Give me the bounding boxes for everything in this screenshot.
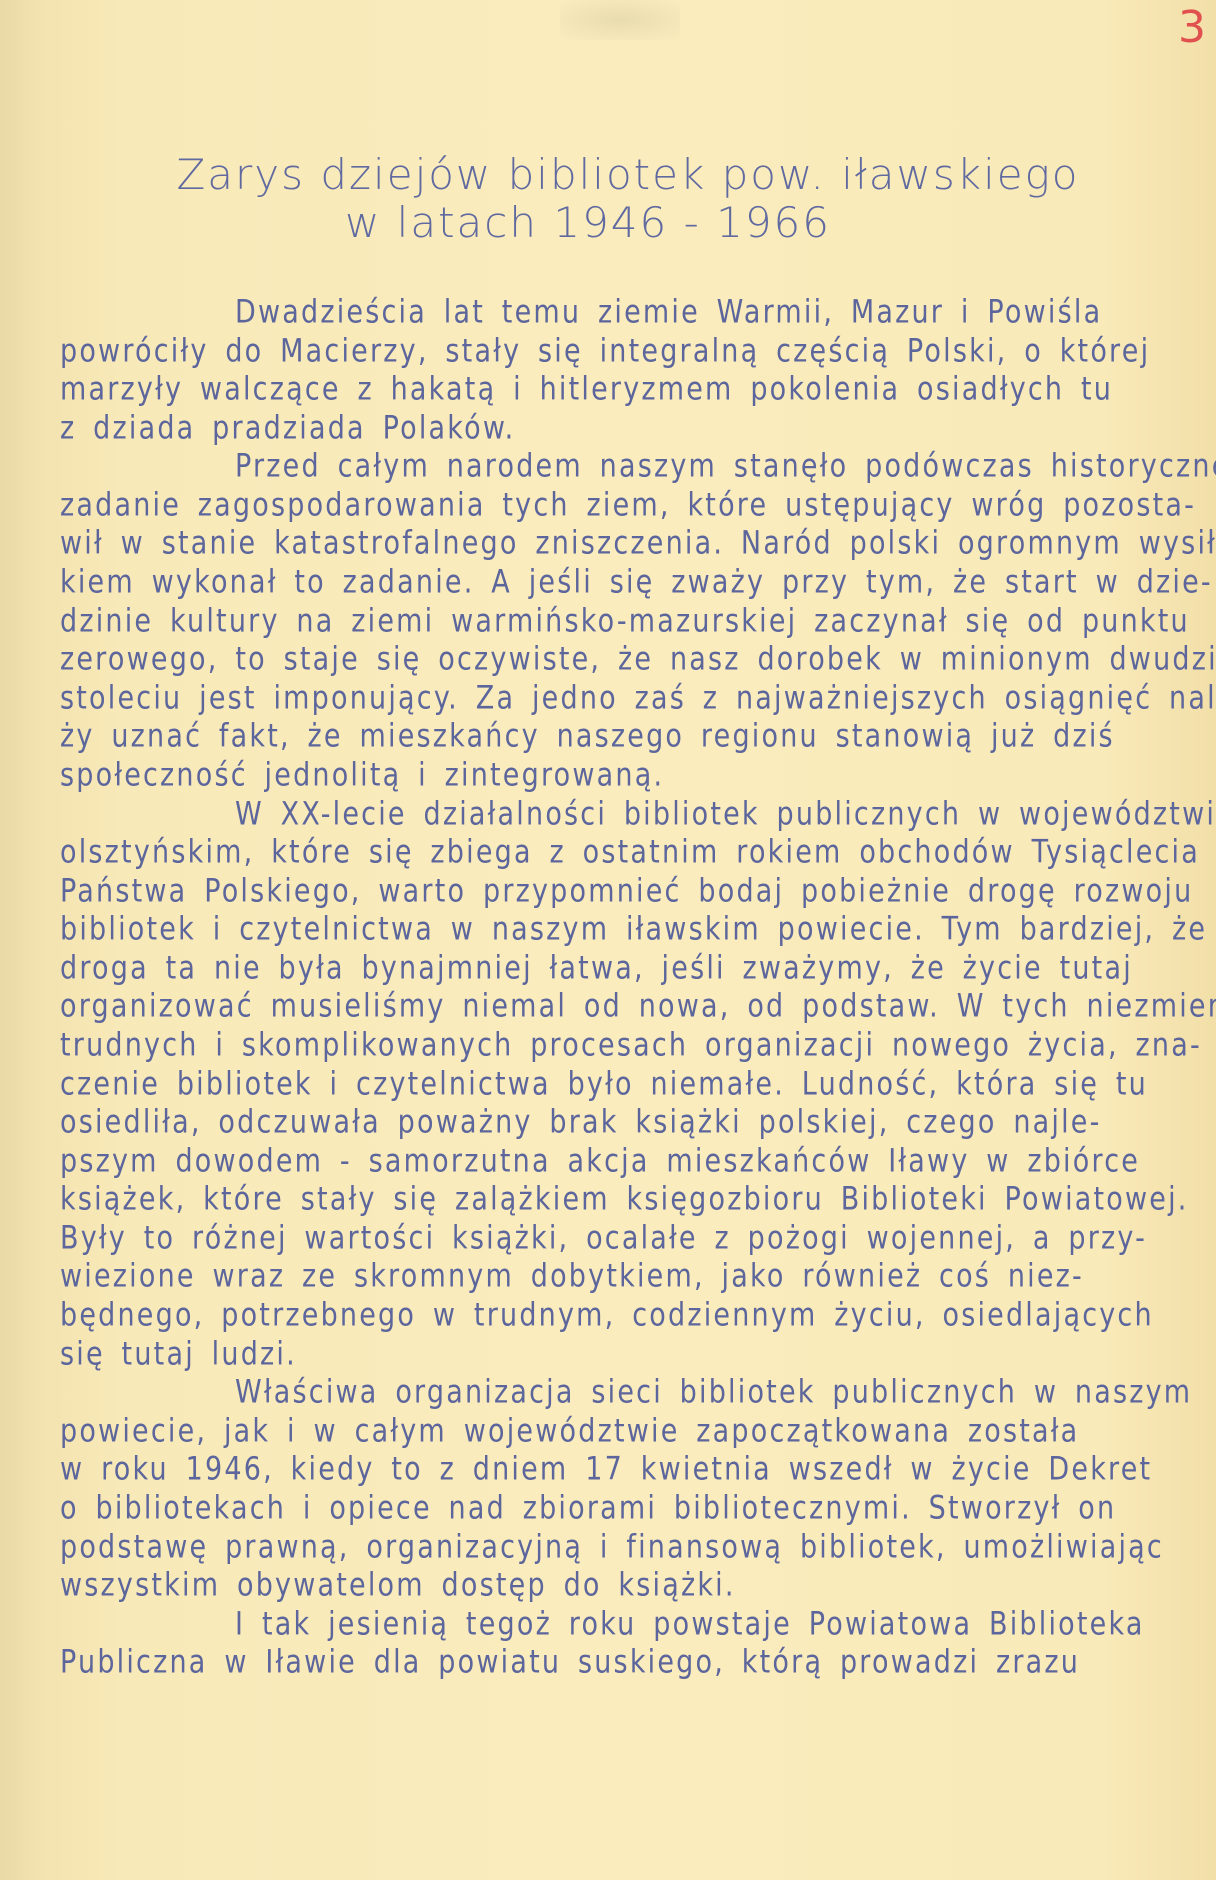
text-line: z dziada pradziada Polaków. [60, 411, 1180, 447]
text-line: osiedliła, odczuwała poważny brak książk… [60, 1105, 1180, 1141]
text-line: pszym dowodem - samorzutna akcja mieszka… [60, 1144, 1180, 1180]
text-line: społeczność jednolitą i zintegrowaną. [60, 758, 1180, 794]
text-line: W XX-lecie działalności bibliotek public… [60, 796, 1180, 832]
text-line: Publiczna w Iławie dla powiatu suskiego,… [60, 1645, 1180, 1681]
text-line: wił w stanie katastrofalnego zniszczenia… [60, 526, 1180, 562]
text-line: dzinie kultury na ziemi warmińsko-mazurs… [60, 604, 1180, 640]
text-line: kiem wykonał to zadanie. A jeśli się zwa… [60, 565, 1180, 601]
text-line: się tutaj ludzi. [60, 1337, 1180, 1373]
text-line: marzyły walczące z hakatą i hitleryzmem … [60, 372, 1180, 408]
handwritten-body: Dwadzieścia lat temu ziemie Warmii, Mazu… [60, 298, 1180, 1687]
text-line: bibliotek i czytelnictwa w naszym iławsk… [60, 912, 1180, 948]
text-line: o bibliotekach i opiece nad zbiorami bib… [60, 1491, 1180, 1527]
text-line: będnego, potrzebnego w trudnym, codzienn… [60, 1298, 1180, 1334]
text-line: Właściwa organizacja sieci bibliotek pub… [60, 1375, 1180, 1411]
text-line: powróciły do Macierzy, stały się integra… [60, 334, 1180, 370]
text-line: powiecie, jak i w całym województwie zap… [60, 1414, 1180, 1450]
page-number: 3 [1178, 2, 1206, 53]
text-line: wiezione wraz ze skromnym dobytkiem, jak… [60, 1259, 1180, 1295]
text-line: I tak jesienią tegoż roku powstaje Powia… [60, 1607, 1180, 1643]
text-line: w roku 1946, kiedy to z dniem 17 kwietni… [60, 1452, 1180, 1488]
paper-stain [560, 0, 680, 40]
text-line: książek, które stały się zalążkiem księg… [60, 1182, 1180, 1218]
text-line: zadanie zagospodarowania tych ziem, któr… [60, 488, 1180, 524]
document-title-line-2: w latach 1946 - 1966 [0, 198, 1196, 247]
text-line: droga ta nie była bynajmniej łatwa, jeśl… [60, 951, 1180, 987]
text-line: organizować musieliśmy niemal od nowa, o… [60, 989, 1180, 1025]
document-title-line-1: Zarys dziejów bibliotek pow. iławskiego [20, 150, 1216, 199]
text-line: Były to różnej wartości książki, ocalałe… [60, 1221, 1180, 1257]
text-line: wszystkim obywatelom dostęp do książki. [60, 1568, 1180, 1604]
text-line: podstawę prawną, organizacyjną i finanso… [60, 1529, 1180, 1565]
text-line: trudnych i skomplikowanych procesach org… [60, 1028, 1180, 1064]
text-line: stoleciu jest imponujący. Za jedno zaś z… [60, 681, 1180, 717]
text-line: Przed całym narodem naszym stanęło podów… [60, 449, 1180, 485]
text-line: czenie bibliotek i czytelnictwa było nie… [60, 1067, 1180, 1103]
text-line: ży uznać fakt, że mieszkańcy naszego reg… [60, 719, 1180, 755]
text-line: Państwa Polskiego, warto przypomnieć bod… [60, 874, 1180, 910]
text-line: zerowego, to staje się oczywiste, że nas… [60, 642, 1180, 678]
text-line: olsztyńskim, które się zbiega z ostatnim… [60, 835, 1180, 871]
text-line: Dwadzieścia lat temu ziemie Warmii, Mazu… [60, 295, 1180, 331]
